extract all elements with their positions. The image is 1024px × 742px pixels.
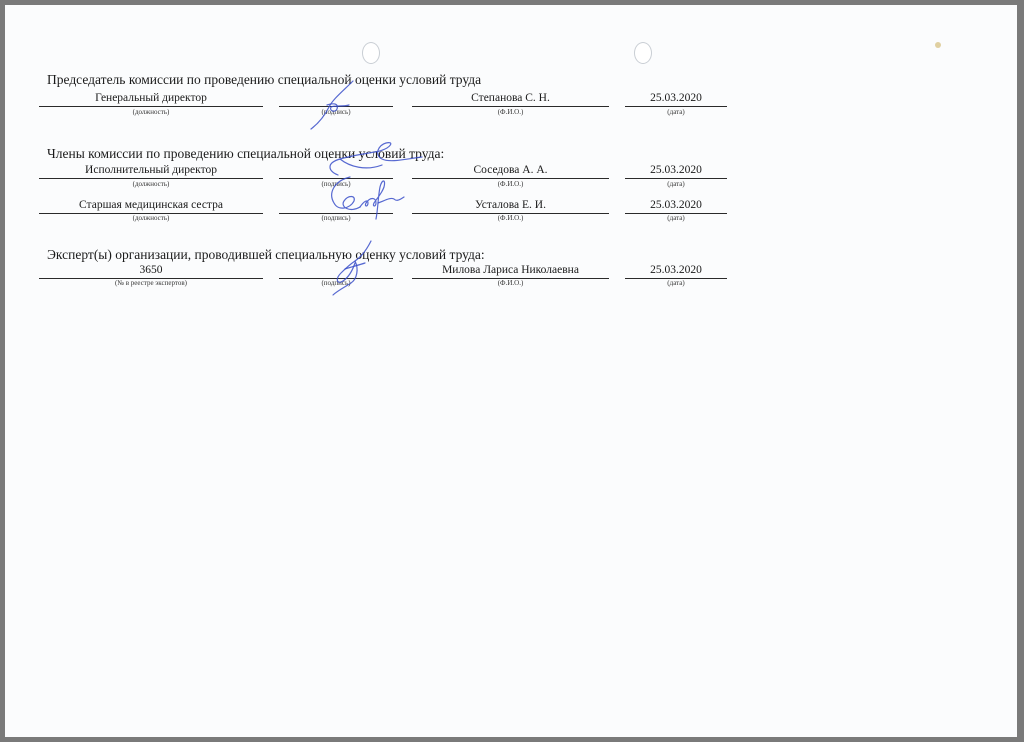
hole-punch-left: [362, 42, 380, 64]
date-caption: (дата): [625, 180, 727, 188]
position-caption: (должность): [39, 214, 263, 222]
position-value: Генеральный директор: [39, 91, 263, 105]
name-value: Степанова С. Н.: [412, 91, 609, 105]
signature-row-member-1: Исполнительный директор (должность) (под…: [5, 163, 1017, 193]
expert-registry-field: 3650 (№ в реестре экспертов): [39, 263, 263, 293]
date-caption: (дата): [625, 108, 727, 116]
date-field: 25.03.2020 (дата): [625, 163, 727, 193]
section-title-experts: Эксперт(ы) организации, проводившей спец…: [47, 247, 485, 263]
underline: [39, 178, 263, 179]
position-value: Исполнительный директор: [39, 163, 263, 177]
name-caption: (Ф.И.О.): [412, 108, 609, 116]
date-value: 25.03.2020: [625, 91, 727, 105]
signature-row-chairman: Генеральный директор (должность) (подпис…: [5, 91, 1017, 121]
date-value: 25.03.2020: [625, 263, 727, 277]
underline: [412, 178, 609, 179]
name-field: Соседова А. А. (Ф.И.О.): [412, 163, 609, 193]
date-caption: (дата): [625, 214, 727, 222]
signature-row-member-2: Старшая медицинская сестра (должность) (…: [5, 198, 1017, 228]
underline: [412, 106, 609, 107]
handwritten-signature-expert: [315, 239, 385, 299]
position-field: Старшая медицинская сестра (должность): [39, 198, 263, 228]
underline: [625, 178, 727, 179]
name-caption: (Ф.И.О.): [412, 214, 609, 222]
signature-row-expert: 3650 (№ в реестре экспертов) (подпись) М…: [5, 263, 1017, 293]
date-caption: (дата): [625, 279, 727, 287]
name-value: Усталова Е. И.: [412, 198, 609, 212]
name-value: Соседова А. А.: [412, 163, 609, 177]
name-field: Степанова С. Н. (Ф.И.О.): [412, 91, 609, 121]
name-caption: (Ф.И.О.): [412, 180, 609, 188]
position-caption: (должность): [39, 108, 263, 116]
position-field: Генеральный директор (должность): [39, 91, 263, 121]
name-value: Милова Лариса Николаевна: [412, 263, 609, 277]
scanned-document-page: Председатель комиссии по проведению спец…: [5, 5, 1017, 737]
name-caption: (Ф.И.О.): [412, 279, 609, 287]
date-value: 25.03.2020: [625, 198, 727, 212]
date-field: 25.03.2020 (дата): [625, 198, 727, 228]
date-value: 25.03.2020: [625, 163, 727, 177]
position-field: Исполнительный директор (должность): [39, 163, 263, 193]
expert-registry-number: 3650: [39, 263, 263, 277]
registry-caption: (№ в реестре экспертов): [39, 279, 263, 287]
date-field: 25.03.2020 (дата): [625, 263, 727, 293]
name-field: Усталова Е. И. (Ф.И.О.): [412, 198, 609, 228]
underline: [39, 106, 263, 107]
handwritten-signature-chairman: [303, 77, 363, 133]
handwritten-signature-member-2: [320, 173, 420, 223]
hole-punch-right: [634, 42, 652, 64]
paper-speck: [935, 42, 941, 48]
underline: [625, 106, 727, 107]
position-value: Старшая медицинская сестра: [39, 198, 263, 212]
date-field: 25.03.2020 (дата): [625, 91, 727, 121]
name-field: Милова Лариса Николаевна (Ф.И.О.): [412, 263, 609, 293]
position-caption: (должность): [39, 180, 263, 188]
section-title-chairman: Председатель комиссии по проведению спец…: [47, 72, 481, 88]
